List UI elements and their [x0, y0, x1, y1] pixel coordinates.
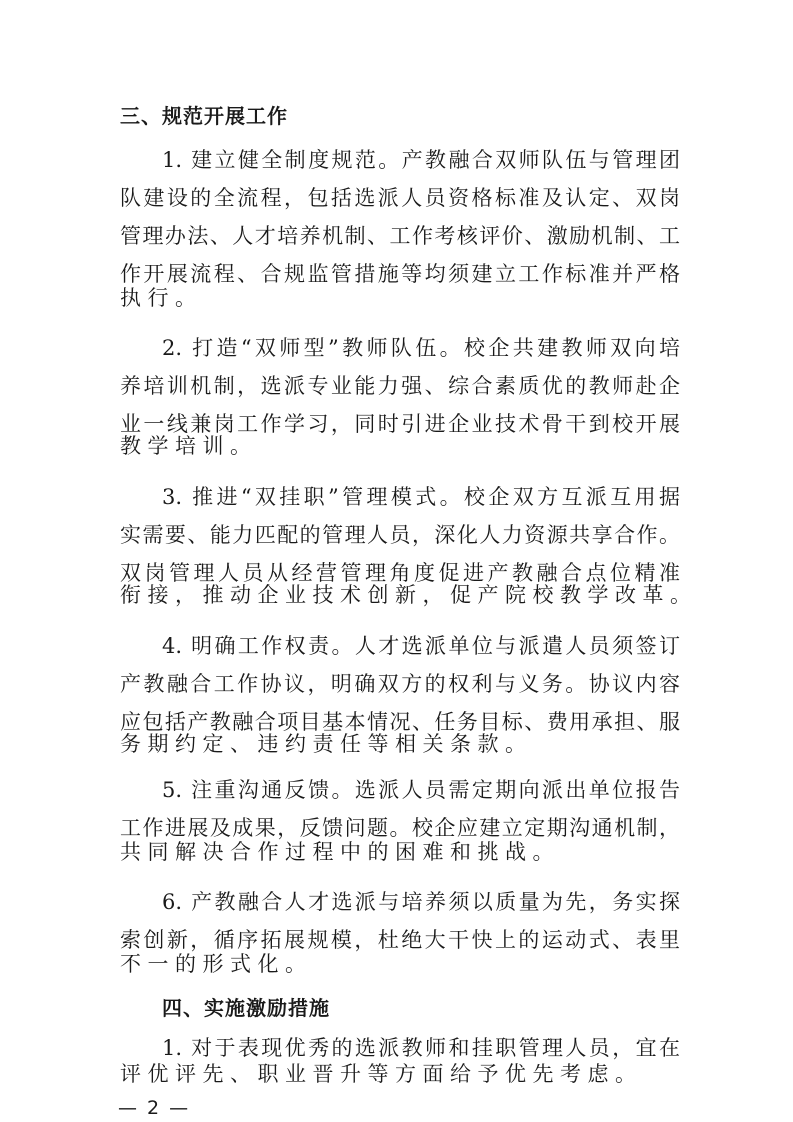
page-number: — 2 —: [118, 1096, 190, 1120]
document-page: 三、规范开展工作 1. 建立健全制度规范。产教融合双师队伍与管理团 队建设的全流…: [0, 0, 793, 1122]
paragraph-line: 3. 推进“双挂职”管理模式。校企双方互派互用据: [162, 483, 680, 511]
paragraph-line: 不一的形式化。: [120, 950, 680, 978]
paragraph-line: 评优评先、职业晋升等方面给予优先考虑。: [120, 1060, 680, 1088]
paragraph-line: 管理办法、人才培养机制、工作考核评价、激励机制、工: [120, 222, 680, 250]
paragraph-line: 教学培训。: [120, 432, 680, 460]
section-heading-3: 三、规范开展工作: [120, 102, 288, 130]
paragraph-line: 2. 打造“双师型”教师队伍。校企共建教师双向培: [162, 334, 680, 362]
section-heading-4: 四、实施激励措施: [162, 994, 330, 1022]
paragraph-line: 产教融合工作协议，明确双方的权利与义务。协议内容: [120, 670, 680, 698]
paragraph-line: 5. 注重沟通反馈。选派人员需定期向派出单位报告: [162, 776, 680, 804]
paragraph-line: 务期约定、违约责任等相关条款。: [120, 730, 680, 758]
paragraph-line: 实需要、能力匹配的管理人员，深化人力资源共享合作。: [120, 521, 680, 549]
paragraph-line: 1. 对于表现优秀的选派教师和挂职管理人员，宜在: [162, 1034, 680, 1062]
paragraph-line: 队建设的全流程，包括选派人员资格标准及认定、双岗: [120, 184, 680, 212]
paragraph-line: 执行。: [120, 284, 680, 312]
paragraph-line: 1. 建立健全制度规范。产教融合双师队伍与管理团: [162, 146, 680, 174]
paragraph-line: 6. 产教融合人才选派与培养须以质量为先，务实探: [162, 888, 680, 916]
paragraph-line: 养培训机制，选派专业能力强、综合素质优的教师赴企: [120, 372, 680, 400]
paragraph-line: 衔接，推动企业技术创新，促产院校教学改革。: [120, 581, 680, 609]
paragraph-line: 共同解决合作过程中的困难和挑战。: [120, 838, 680, 866]
paragraph-line: 4. 明确工作权责。人才选派单位与派遣人员须签订: [162, 632, 680, 660]
